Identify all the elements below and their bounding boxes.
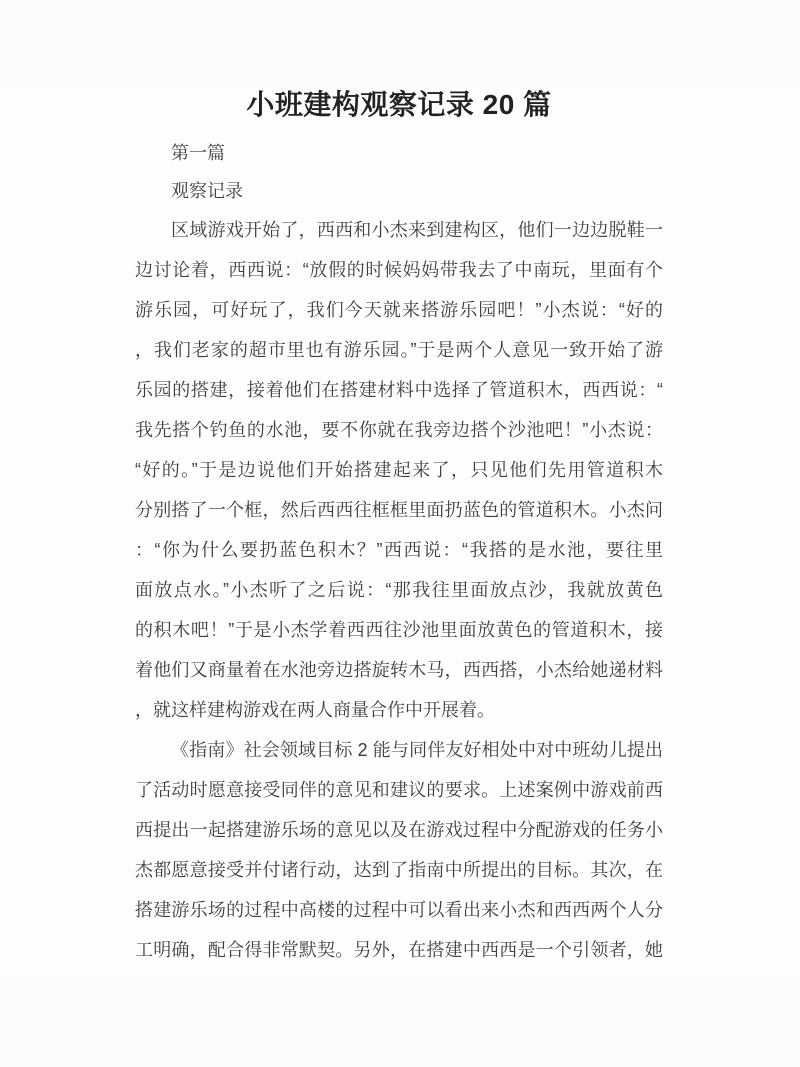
- text-line: 我先搭个钓鱼的水池，要不你就在我旁边搭个沙池吧！”小杰说：: [135, 410, 663, 450]
- text-line: 《指南》社会领域目标 2 能与同伴友好相处中对中班幼儿提出: [135, 730, 663, 770]
- text-line: 杰都愿意接受并付诸行动，达到了指南中所提出的目标。其次，在: [135, 850, 663, 890]
- text-line: 了活动时愿意接受同伴的意见和建议的要求。上述案例中游戏前西: [135, 770, 663, 810]
- document-body: 区域游戏开始了，西西和小杰来到建构区，他们一边边脱鞋一边讨论着，西西说：“放假的…: [135, 210, 663, 970]
- text-line: “好的。”于是边说他们开始搭建起来了，只见他们先用管道积木: [135, 450, 663, 490]
- observation-paragraph: 区域游戏开始了，西西和小杰来到建构区，他们一边边脱鞋一边讨论着，西西说：“放假的…: [135, 210, 663, 730]
- text-line: 边讨论着，西西说：“放假的时候妈妈带我去了中南玩，里面有个: [135, 250, 663, 290]
- page-title: 小班建构观察记录 20 篇: [135, 88, 663, 122]
- text-line: 乐园的搭建，接着他们在搭建材料中选择了管道积木，西西说：“: [135, 370, 663, 410]
- subsection-label: 观察记录: [135, 172, 663, 210]
- text-line: 工明确，配合得非常默契。另外，在搭建中西西是一个引领者，她: [135, 930, 663, 970]
- text-line: ，就这样建构游戏在两人商量合作中开展着。: [135, 690, 663, 730]
- text-line: ：“你为什么要扔蓝色积木？”西西说：“我搭的是水池，要往里: [135, 530, 663, 570]
- document-page: 小班建构观察记录 20 篇 第一篇 观察记录 区域游戏开始了，西西和小杰来到建构…: [0, 0, 800, 1067]
- text-line: 面放点水。”小杰听了之后说：“那我往里面放点沙，我就放黄色: [135, 570, 663, 610]
- text-line: 分别搭了一个框，然后西西往框框里面扔蓝色的管道积木。小杰问: [135, 490, 663, 530]
- text-line: 区域游戏开始了，西西和小杰来到建构区，他们一边边脱鞋一: [135, 210, 663, 250]
- section-label: 第一篇: [135, 134, 663, 172]
- text-line: 的积木吧！”于是小杰学着西西往沙池里面放黄色的管道积木，接: [135, 610, 663, 650]
- text-line: 搭建游乐场的过程中高楼的过程中可以看出来小杰和西西两个人分: [135, 890, 663, 930]
- text-line: 游乐园，可好玩了，我们今天就来搭游乐园吧！”小杰说：“好的: [135, 290, 663, 330]
- analysis-paragraph: 《指南》社会领域目标 2 能与同伴友好相处中对中班幼儿提出了活动时愿意接受同伴的…: [135, 730, 663, 970]
- text-line: 着他们又商量着在水池旁边搭旋转木马，西西搭，小杰给她递材料: [135, 650, 663, 690]
- text-line: 西提出一起搭建游乐场的意见以及在游戏过程中分配游戏的任务小: [135, 810, 663, 850]
- text-line: ，我们老家的超市里也有游乐园。”于是两个人意见一致开始了游: [135, 330, 663, 370]
